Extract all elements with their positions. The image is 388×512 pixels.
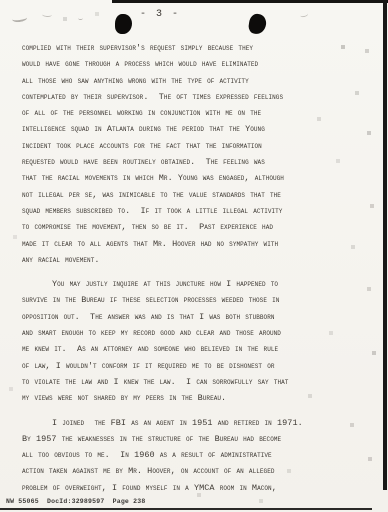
paper-speckles bbox=[0, 0, 2, 2]
scan-edge-right bbox=[383, 0, 387, 490]
text-line: and smart enough to keep my record good … bbox=[22, 325, 378, 341]
text-line: me knew it. As an attorney and someone w… bbox=[22, 341, 378, 357]
text-line: all too obvious to me. In 1960 as a resu… bbox=[22, 447, 378, 463]
paragraph: You may justly inquire at this juncture … bbox=[22, 276, 378, 406]
pencil-mark bbox=[78, 16, 83, 20]
page-number: - 3 - bbox=[140, 9, 180, 20]
text-line: incident took place accounts for the fac… bbox=[22, 138, 378, 154]
pencil-mark bbox=[300, 11, 309, 18]
text-line: I joined the FBI as an agent in 1951 and… bbox=[22, 415, 378, 431]
text-line: not illegal per se, was inimicable to th… bbox=[22, 187, 378, 203]
text-line: any racial movement. bbox=[22, 252, 378, 268]
hole-punch-left bbox=[115, 14, 132, 34]
text-line: survive in the Bureau if these selection… bbox=[22, 292, 378, 308]
scan-edge-top bbox=[112, 0, 388, 3]
paragraph: complied with their supervisor's request… bbox=[22, 40, 378, 268]
text-line: intelligence squad in Atlanta during the… bbox=[22, 121, 378, 137]
text-line: squad members subscribed to. If it took … bbox=[22, 203, 378, 219]
text-line: requested would have been routinely obta… bbox=[22, 154, 378, 170]
document-page: - 3 - complied with their supervisor's r… bbox=[0, 0, 388, 512]
text-line: You may justly inquire at this juncture … bbox=[22, 276, 378, 292]
text-line: action taken against me by Mr. Hoover, o… bbox=[22, 463, 378, 479]
text-line: that the racial movements in which Mr. Y… bbox=[22, 170, 378, 186]
text-line: of all of the personnel working in conju… bbox=[22, 105, 378, 121]
text-line: complied with their supervisor's request… bbox=[22, 40, 378, 56]
text-line: would have gone through a process which … bbox=[22, 56, 378, 72]
hole-punch-right bbox=[248, 13, 268, 35]
text-line: made it clear to all agents that Mr. Hoo… bbox=[22, 236, 378, 252]
text-line: problem of overweight, I found myself in… bbox=[22, 480, 378, 496]
text-line: my views were not shared by my peers in … bbox=[22, 390, 378, 406]
text-line: to compromise the movement, then so be i… bbox=[22, 219, 378, 235]
scan-edge-bottom bbox=[0, 508, 372, 510]
pencil-mark bbox=[42, 12, 52, 18]
pencil-mark bbox=[12, 14, 28, 23]
footer-stamp: NW 55065 DocId:32989597 Page 238 bbox=[6, 498, 145, 505]
text-line: to violate the law and I knew the law. I… bbox=[22, 374, 378, 390]
document-body: complied with their supervisor's request… bbox=[22, 40, 378, 504]
paragraph: I joined the FBI as an agent in 1951 and… bbox=[22, 415, 378, 496]
text-line: all those who saw anything wrong with th… bbox=[22, 73, 378, 89]
text-line: contemplated by their supervisor. The of… bbox=[22, 89, 378, 105]
text-line: By 1957 the weaknesses in the structure … bbox=[22, 431, 378, 447]
text-line: opposition out. The answer was and is th… bbox=[22, 309, 378, 325]
text-line: of law, I wouldn't conform if it require… bbox=[22, 358, 378, 374]
